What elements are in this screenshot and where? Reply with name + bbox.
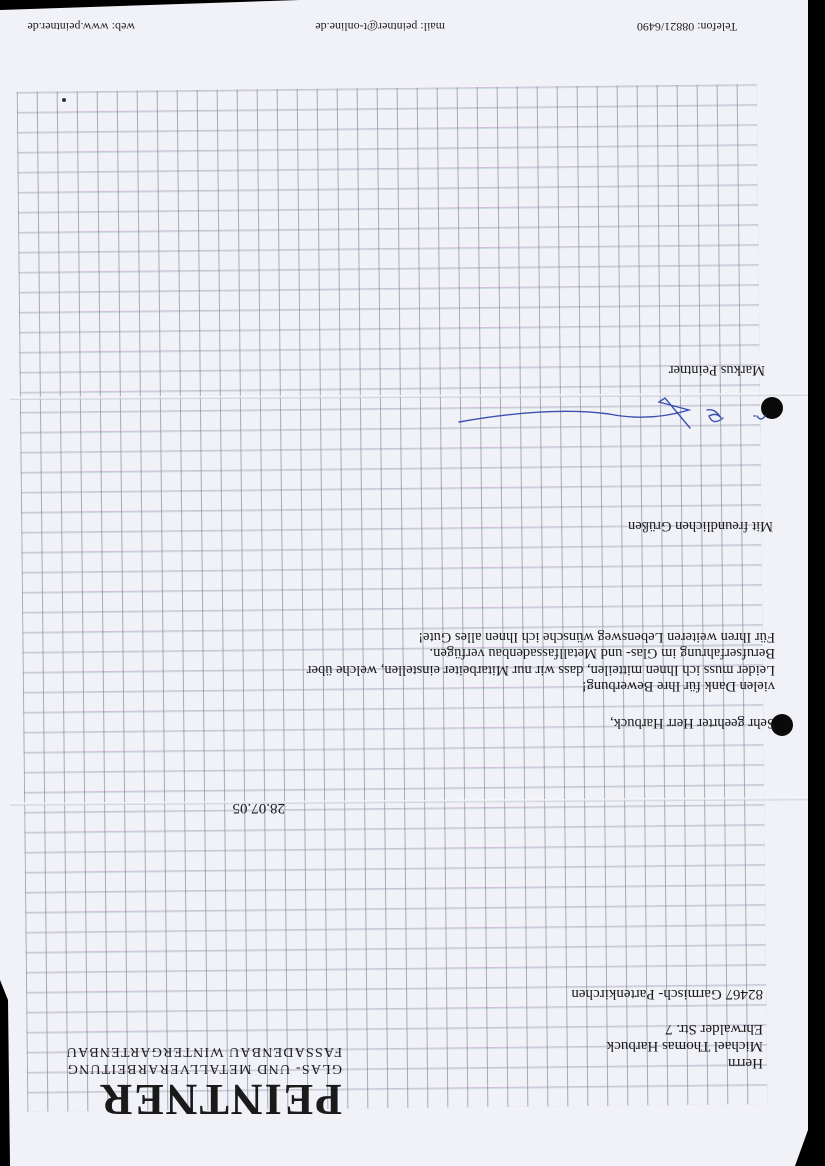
body-line: Berufserfahrung im Glas- und Metallfassa… [307, 645, 775, 662]
recipient-salutation: Herrn [571, 1054, 763, 1071]
scanned-letter-page: PEINTNER GLAS- UND METALLVERARBEITUNG FA… [0, 0, 825, 1166]
body-line: Für Ihren weiteren Lebensweg wünsche ich… [307, 629, 775, 646]
letter-content-rotated: PEINTNER GLAS- UND METALLVERARBEITUNG FA… [0, 0, 825, 1166]
footer-email: mail: peintner@t-online.de [315, 19, 445, 34]
letter-body: Sehr geehrter Herr Harbuck, vielen Dank … [307, 629, 775, 732]
recipient-name: Michael Thomas Harbuck [571, 1037, 763, 1054]
company-tagline-1: GLAS- UND METALLVERARBEITUNG [66, 1060, 342, 1077]
signer-name: Markus Peintner [669, 361, 765, 378]
recipient-city: 82467 Garmisch- Partenkirchen [571, 985, 763, 1002]
recipient-address: Herrn Michael Thomas Harbuck Ehrwalder S… [571, 985, 763, 1071]
body-line: vielen Dank für Ihre Bewerbung! [307, 678, 775, 695]
letterhead-logo: PEINTNER GLAS- UND METALLVERARBEITUNG FA… [66, 1043, 342, 1121]
footer-phone: Telefon: 08821/6490 [637, 19, 737, 34]
footer-web: web: www.peintner.de [27, 19, 135, 34]
letter-greeting: Sehr geehrter Herr Harbuck, [307, 715, 775, 732]
recipient-street: Ehrwalder Str. 7 [571, 1020, 763, 1037]
letter-closing: Mit freundlichen Grüßen [628, 517, 773, 534]
company-name: PEINTNER [66, 1077, 342, 1121]
handwritten-signature [445, 386, 785, 436]
letter-date: 28.07.05 [233, 799, 286, 816]
body-line: Leider muss ich Ihnen mitteilen, dass wi… [307, 662, 775, 679]
company-tagline-2: FASSADENBAU WINTERGARTENBAU [66, 1043, 342, 1060]
